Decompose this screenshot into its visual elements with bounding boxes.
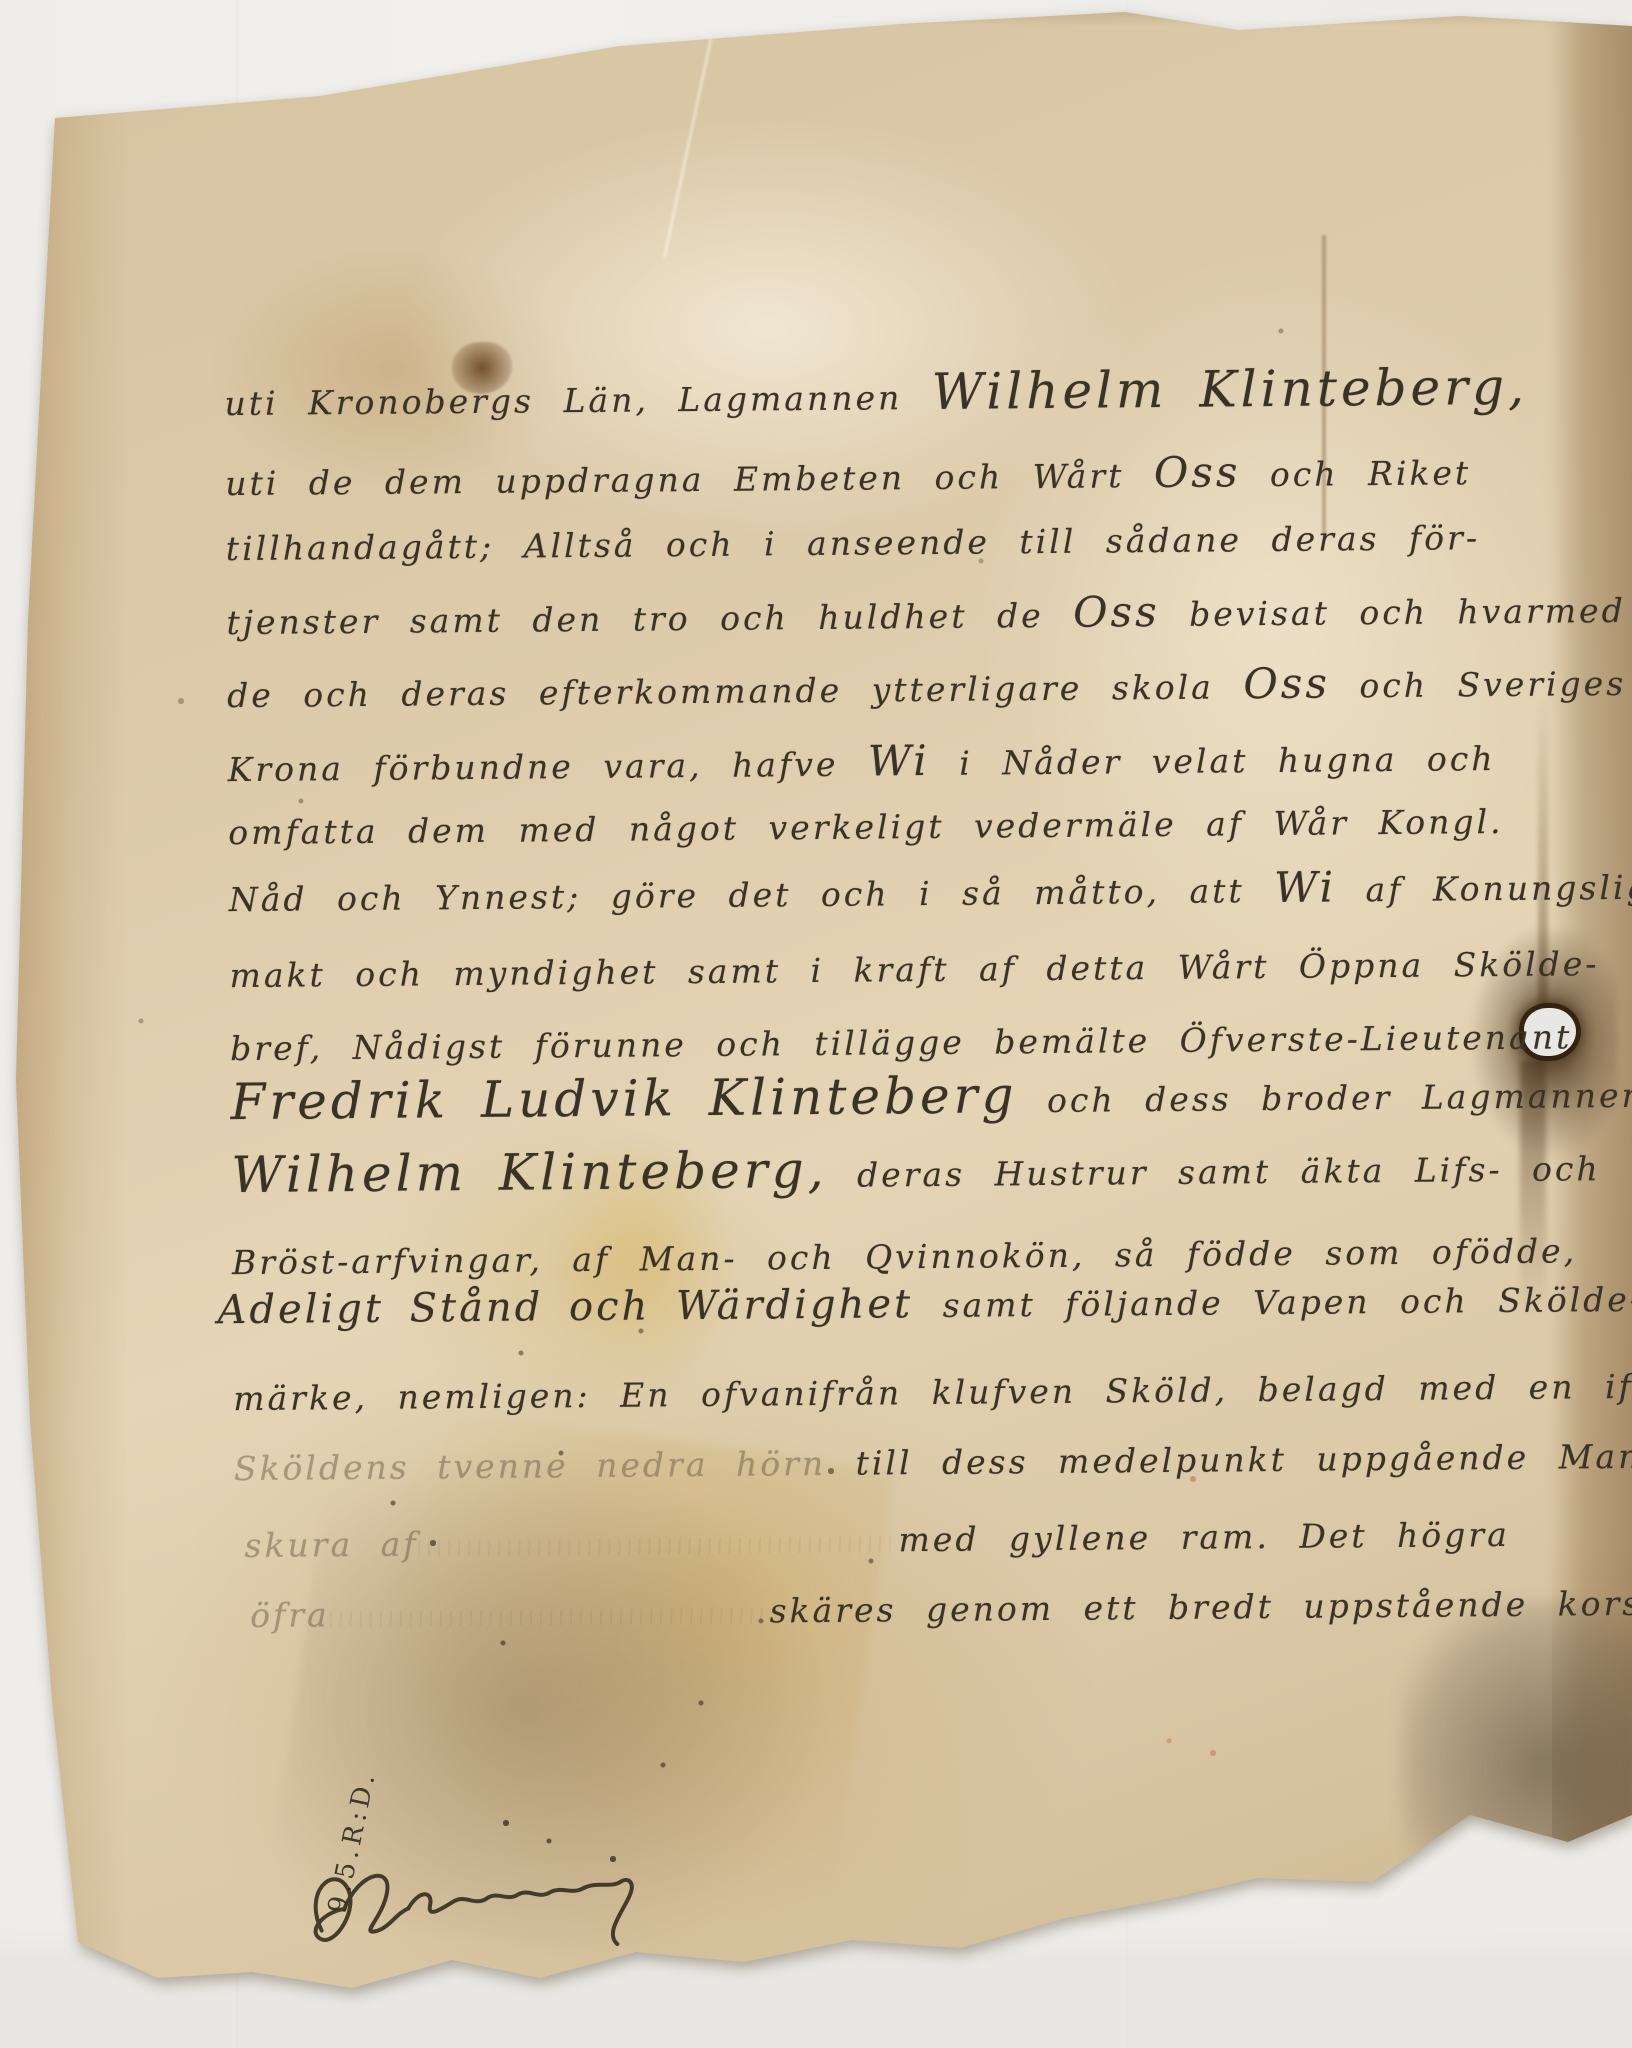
manuscript-line-8: Nåd och Ynnest; göre det och i så måtto,… xyxy=(229,864,1632,918)
handwritten-text-block: uti Kronobergs Län, Lagmannen Wilhelm Kl… xyxy=(0,0,1632,2048)
text-segment: Nåd och Ynnest; göre det och i så måtto,… xyxy=(229,871,1275,919)
text-segment: Fredrik Ludvik Klinteberg xyxy=(230,1066,1017,1131)
manuscript-line-11: Fredrik Ludvik Klinteberg och dess brode… xyxy=(230,1065,1632,1127)
manuscript-line-6: Krona förbundne vara, hafve Wi i Nåder v… xyxy=(228,735,1496,788)
text-segment: Oss xyxy=(1073,587,1160,637)
text-segment: skura af xyxy=(244,1524,418,1565)
text-segment: och dess broder Lagmannen xyxy=(1017,1076,1632,1120)
parchment-sheet: uti Kronobergs Län, Lagmannen Wilhelm Kl… xyxy=(0,0,1632,2048)
manuscript-line-5: de och deras efterkommande ytterligare s… xyxy=(227,660,1626,714)
text-segment: tjenster samt den tro och huldhet de xyxy=(226,596,1073,642)
text-segment: tillhandagått; Alltså och i anseende til… xyxy=(226,518,1481,568)
text-segment: bref, Nådigst förunne och tillägge bemäl… xyxy=(230,1017,1572,1068)
manuscript-line-16: Sköldens tvenne nedra hörn till dess med… xyxy=(234,1439,1632,1485)
text-segment: deras Hustrur samt äkta Lifs- och xyxy=(827,1149,1600,1195)
text-segment: märke, nemligen: En ofvanifrån klufven S… xyxy=(233,1366,1632,1418)
parchment-surface: uti Kronobergs Län, Lagmannen Wilhelm Kl… xyxy=(0,0,1632,2048)
text-segment: bevisat och hvarmed xyxy=(1159,591,1625,634)
text-segment: Oss xyxy=(1243,659,1330,709)
manuscript-line-4: tjenster samt den tro och huldhet de Oss… xyxy=(226,587,1626,641)
manuscript-line-7: omfatta dem med något verkeligt vedermäl… xyxy=(228,805,1504,849)
text-segment: Wilhelm Klinteberg, xyxy=(231,1141,828,1204)
text-segment: Wi xyxy=(1274,862,1336,912)
text-segment: af Konungslig xyxy=(1336,868,1632,910)
manuscript-line-15: märke, nemligen: En ofvanifrån klufven S… xyxy=(233,1369,1632,1415)
text-segment: Oss xyxy=(1154,447,1241,497)
text-segment: samt följande Vapen och Skölde- xyxy=(913,1280,1632,1325)
manuscript-line-1: uti Kronobergs Län, Lagmannen Wilhelm Kl… xyxy=(224,362,1528,423)
text-segment: omfatta dem med något verkeligt vedermäl… xyxy=(228,802,1504,852)
text-segment: Bröst-arfvingar, af Man- och Qvinnokön, … xyxy=(232,1231,1577,1282)
manuscript-line-17: skura afmed gyllene ram. Det högra xyxy=(244,1518,1510,1562)
text-segment: och Sveriges xyxy=(1330,664,1627,706)
manuscript-line-12: Wilhelm Klinteberg, deras Hustrur samt ä… xyxy=(231,1138,1601,1200)
ink-signature xyxy=(288,1830,655,1975)
text-segment: Wilhelm Klinteberg, xyxy=(931,358,1528,421)
manuscript-line-13: Bröst-arfvingar, af Man- och Qvinnokön, … xyxy=(232,1234,1577,1279)
text-segment: Krona förbundne vara, hafve xyxy=(228,745,868,790)
text-segment: till dess medelpunkt uppgående Mantel- xyxy=(826,1436,1632,1483)
text-segment: skäres genom ett bredt uppstående kors xyxy=(769,1584,1632,1631)
manuscript-line-10: bref, Nådigst förunne och tillägge bemäl… xyxy=(230,1020,1572,1065)
manuscript-line-18: öfraskäres genom ett bredt uppstående ko… xyxy=(250,1587,1632,1632)
text-segment: Wi xyxy=(868,736,930,786)
manuscript-line-2: uti de dem uppdragna Embeten och Wårt Os… xyxy=(225,449,1471,502)
text-segment: Adeligt Stånd och Wärdighet xyxy=(217,1281,913,1333)
scanned-document-canvas: uti Kronobergs Län, Lagmannen Wilhelm Kl… xyxy=(0,0,1632,2048)
manuscript-line-14: Adeligt Stånd och Wärdighet samt följand… xyxy=(217,1278,1632,1330)
text-segment: de och deras efterkommande ytterligare s… xyxy=(227,667,1244,715)
manuscript-line-3: tillhandagått; Alltså och i anseende til… xyxy=(226,521,1480,565)
text-segment: med gyllene ram. Det högra xyxy=(898,1515,1510,1559)
faded-illegible-text xyxy=(330,1607,770,1627)
text-segment: uti de dem uppdragna Embeten och Wårt xyxy=(225,456,1154,503)
ink-specks xyxy=(0,0,2,2)
red-specks xyxy=(0,0,2,2)
text-segment: öfra xyxy=(250,1595,330,1635)
manuscript-line-9: makt och myndighet samt i kraft af detta… xyxy=(229,947,1599,992)
text-segment: Sköldens tvenne nedra hörn xyxy=(234,1444,827,1488)
text-segment: i Nåder velat hugna och xyxy=(930,739,1496,783)
text-segment: uti Kronobergs Län, Lagmannen xyxy=(224,378,932,423)
text-segment: makt och myndighet samt i kraft af detta… xyxy=(229,944,1599,995)
faded-illegible-text xyxy=(419,1536,899,1556)
text-segment: och Riket xyxy=(1240,453,1471,494)
